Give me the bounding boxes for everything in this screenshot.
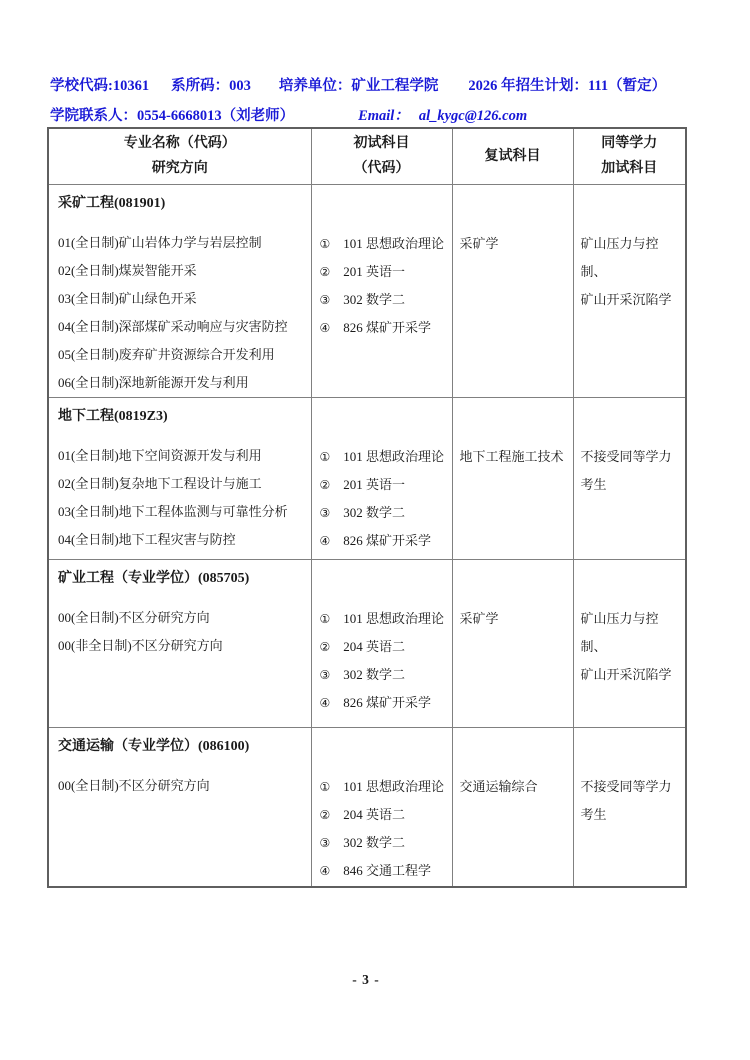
direction-item: 02(全日制)煤炭智能开采 (49, 257, 311, 285)
direction-item: 01(全日制)矿山岩体力学与岩层控制 (49, 229, 311, 257)
header-line-1: 学校代码:10361 系所码：003 培养单位：矿业工程学院 2026 年招生计… (50, 74, 710, 95)
research-directions: 01(全日制)地下空间资源开发与利用 02(全日制)复杂地下工程设计与施工 03… (49, 442, 311, 554)
subject-item: ①101 思想政治理论 (312, 605, 452, 633)
table-row: 交通运输（专业学位）(086100) 00(全日制)不区分研究方向 ①101 思… (48, 727, 686, 887)
direction-item: 00(非全日制)不区分研究方向 (49, 632, 311, 660)
enrollment-plan-text: 2026 年招生计划：111（暂定） (468, 74, 666, 95)
direction-item: 04(全日制)地下工程灾害与防控 (49, 526, 311, 554)
subject-item: ①101 思想政治理论 (312, 773, 452, 801)
admissions-table: 专业名称（代码） 研究方向 初试科目 （代码） 复试科目 同等学力 加试科目 采… (47, 127, 687, 888)
table-row: 矿业工程（专业学位）(085705) 00(全日制)不区分研究方向 00(非全日… (48, 559, 686, 727)
contact-text: 学院联系人：0554-6668013（刘老师） (50, 104, 294, 125)
direction-item: 02(全日制)复杂地下工程设计与施工 (49, 470, 311, 498)
program-title: 交通运输（专业学位）(086100) (49, 728, 311, 757)
equivalency-cell: 矿山压力与控制、 矿山开采沉陷学 (573, 184, 686, 397)
retest-subject-cell: 地下工程施工技术 (452, 397, 573, 559)
subject-item: ②201 英语一 (312, 471, 452, 499)
circled-number: ③ (320, 661, 331, 689)
circled-number: ② (320, 633, 331, 661)
email-block: Email：al_kygc@126.com (358, 104, 527, 125)
initial-subjects-cell: ①101 思想政治理论 ②201 英语一 ③302 数学二 ④826 煤矿开采学 (311, 397, 452, 559)
circled-number: ④ (320, 527, 331, 555)
direction-item: 01(全日制)地下空间资源开发与利用 (49, 442, 311, 470)
subject-item: ③302 数学二 (312, 661, 452, 689)
subject-item: ②204 英语二 (312, 633, 452, 661)
program-cell: 采矿工程(081901) 01(全日制)矿山岩体力学与岩层控制 02(全日制)煤… (48, 184, 311, 397)
circled-number: ② (320, 258, 331, 286)
equivalency-cell: 不接受同等学力 考生 (573, 397, 686, 559)
circled-number: ① (320, 443, 331, 471)
subject-item: ②201 英语一 (312, 258, 452, 286)
initial-subjects-cell: ①101 思想政治理论 ②201 英语一 ③302 数学二 ④826 煤矿开采学 (311, 184, 452, 397)
retest-subject-cell: 交通运输综合 (452, 727, 573, 887)
subject-item: ③302 数学二 (312, 499, 452, 527)
initial-subjects-cell: ①101 思想政治理论 ②204 英语二 ③302 数学二 ④826 煤矿开采学 (311, 559, 452, 727)
dept-code-text: 系所码：003 (171, 74, 251, 95)
circled-number: ① (320, 773, 331, 801)
subject-item: ④826 煤矿开采学 (312, 527, 452, 555)
circled-number: ③ (320, 499, 331, 527)
subject-item: ④826 煤矿开采学 (312, 689, 452, 717)
research-directions: 00(全日制)不区分研究方向 (49, 772, 311, 800)
document-header: 学校代码:10361 系所码：003 培养单位：矿业工程学院 2026 年招生计… (50, 74, 710, 125)
program-cell: 交通运输（专业学位）(086100) 00(全日制)不区分研究方向 (48, 727, 311, 887)
circled-number: ① (320, 605, 331, 633)
email-address-link[interactable]: al_kygc@126.com (419, 108, 527, 124)
direction-item: 04(全日制)深部煤矿采动响应与灾害防控 (49, 313, 311, 341)
subject-item: ①101 思想政治理论 (312, 230, 452, 258)
table-row: 地下工程(0819Z3) 01(全日制)地下空间资源开发与利用 02(全日制)复… (48, 397, 686, 559)
header-line-2: 学院联系人：0554-6668013（刘老师） Email：al_kygc@12… (50, 104, 710, 125)
table-header-row: 专业名称（代码） 研究方向 初试科目 （代码） 复试科目 同等学力 加试科目 (48, 128, 686, 184)
direction-item: 03(全日制)地下工程体监测与可靠性分析 (49, 498, 311, 526)
subject-item: ④826 煤矿开采学 (312, 314, 452, 342)
initial-subjects-cell: ①101 思想政治理论 ②204 英语二 ③302 数学二 ④846 交通工程学 (311, 727, 452, 887)
subject-item: ③302 数学二 (312, 829, 452, 857)
program-cell: 地下工程(0819Z3) 01(全日制)地下空间资源开发与利用 02(全日制)复… (48, 397, 311, 559)
program-cell: 矿业工程（专业学位）(085705) 00(全日制)不区分研究方向 00(非全日… (48, 559, 311, 727)
col-header-initial-subjects: 初试科目 （代码） (311, 128, 452, 184)
direction-item: 00(全日制)不区分研究方向 (49, 772, 311, 800)
subject-item: ②204 英语二 (312, 801, 452, 829)
research-directions: 01(全日制)矿山岩体力学与岩层控制 02(全日制)煤炭智能开采 03(全日制)… (49, 229, 311, 397)
direction-item: 06(全日制)深地新能源开发与利用 (49, 369, 311, 397)
training-unit-text: 培养单位：矿业工程学院 (279, 74, 439, 95)
col-header-equivalency-subjects: 同等学力 加试科目 (573, 128, 686, 184)
program-title: 矿业工程（专业学位）(085705) (49, 560, 311, 589)
retest-subject-cell: 采矿学 (452, 559, 573, 727)
col-header-retest-subjects: 复试科目 (452, 128, 573, 184)
page-number: - 3 - (47, 972, 685, 988)
document-page: 学校代码:10361 系所码：003 培养单位：矿业工程学院 2026 年招生计… (0, 0, 750, 1060)
equivalency-cell: 矿山压力与控制、 矿山开采沉陷学 (573, 559, 686, 727)
research-directions: 00(全日制)不区分研究方向 00(非全日制)不区分研究方向 (49, 604, 311, 660)
program-title: 采矿工程(081901) (49, 185, 311, 214)
circled-number: ④ (320, 689, 331, 717)
subject-item: ④846 交通工程学 (312, 857, 452, 885)
subject-item: ①101 思想政治理论 (312, 443, 452, 471)
school-code-text: 学校代码:10361 (50, 74, 149, 95)
circled-number: ④ (320, 314, 331, 342)
equivalency-cell: 不接受同等学力 考生 (573, 727, 686, 887)
circled-number: ② (320, 471, 331, 499)
direction-item: 05(全日制)废弃矿井资源综合开发利用 (49, 341, 311, 369)
circled-number: ③ (320, 829, 331, 857)
col-header-program: 专业名称（代码） 研究方向 (48, 128, 311, 184)
program-title: 地下工程(0819Z3) (49, 398, 311, 427)
table-row: 采矿工程(081901) 01(全日制)矿山岩体力学与岩层控制 02(全日制)煤… (48, 184, 686, 397)
direction-item: 03(全日制)矿山绿色开采 (49, 285, 311, 313)
direction-item: 00(全日制)不区分研究方向 (49, 604, 311, 632)
circled-number: ③ (320, 286, 331, 314)
circled-number: ② (320, 801, 331, 829)
circled-number: ① (320, 230, 331, 258)
circled-number: ④ (320, 857, 331, 885)
retest-subject-cell: 采矿学 (452, 184, 573, 397)
email-label: Email： (358, 108, 409, 124)
subject-item: ③302 数学二 (312, 286, 452, 314)
